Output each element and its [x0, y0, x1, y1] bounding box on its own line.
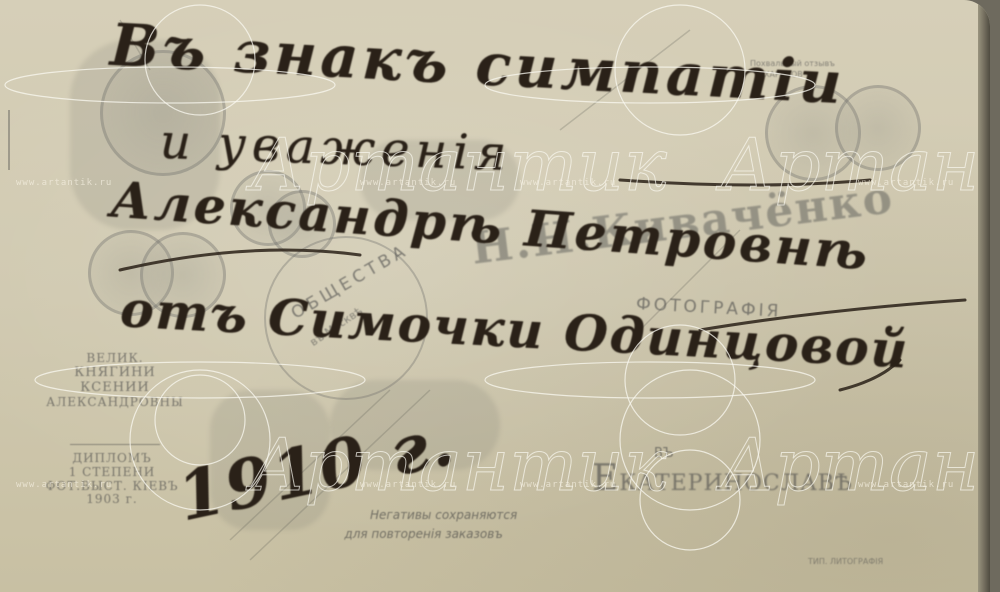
watermark-url: www.artantik.ru	[520, 480, 616, 490]
watermark-logos: Артантик Артантик Артантик Артантик	[0, 0, 990, 592]
watermark-logo-text: Артантик	[715, 123, 990, 207]
watermark-url: www.artantik.ru	[858, 480, 954, 490]
watermark-logo-text: Артантик	[245, 123, 667, 207]
watermark-logo-text: Артантик	[715, 423, 990, 507]
photo-card-back: Похвальный отзывъ ХАРЬКОВ Н.Н.Кивачёнко …	[0, 0, 990, 592]
watermark-url: www.artantik.ru	[360, 480, 456, 490]
card-edge	[978, 0, 990, 592]
watermark-url: www.artantik.ru	[520, 178, 616, 188]
watermark-url: www.artantik.ru	[16, 178, 112, 188]
watermark-url: www.artantik.ru	[360, 178, 456, 188]
watermark-url: www.artantik.ru	[16, 480, 112, 490]
watermark-logo-text: Артантик	[245, 423, 667, 507]
watermark-url: www.artantik.ru	[858, 178, 954, 188]
